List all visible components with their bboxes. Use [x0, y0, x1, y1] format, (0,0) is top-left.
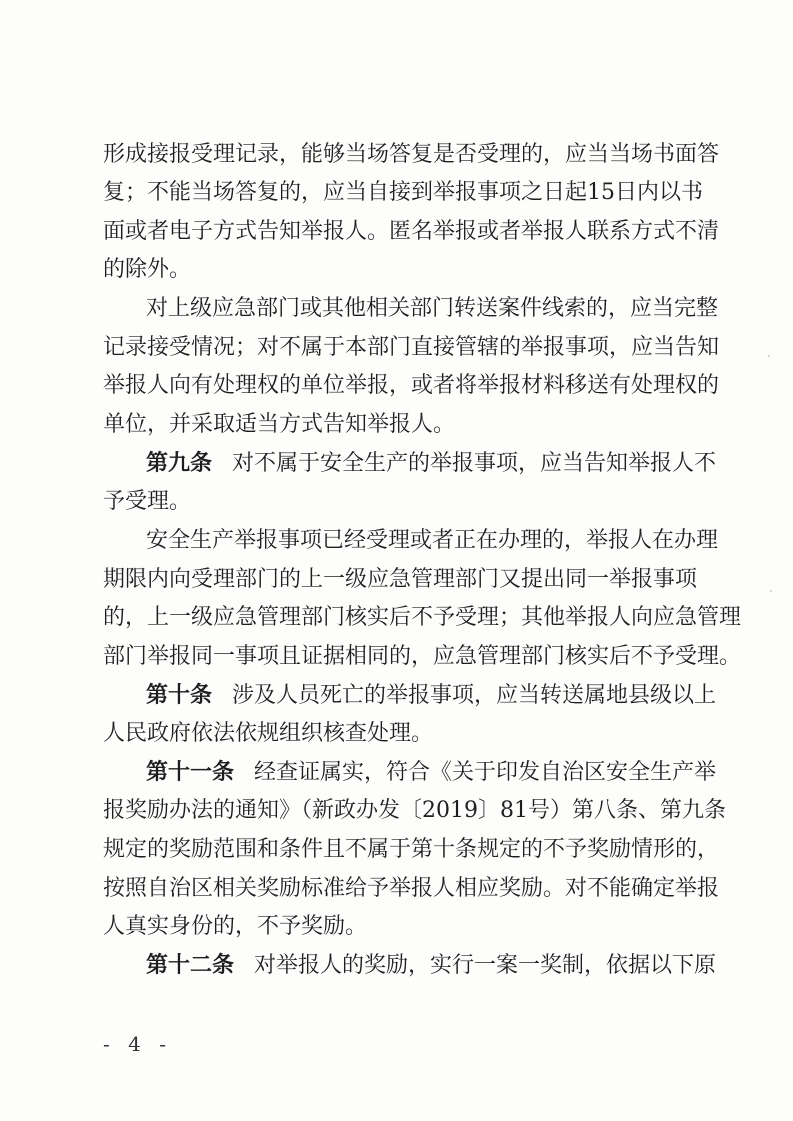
article-11-line: 第十一条经查证属实，符合《关于印发自治区安全生产举 — [146, 758, 695, 788]
article-text: 对举报人的奖励，实行一案一奖制，依据以下原 — [254, 953, 716, 978]
article-12-line: 第十二条对举报人的奖励，实行一案一奖制，依据以下原 — [146, 951, 695, 981]
paragraph-line: 的，上一级应急管理部门核实后不予受理；其他举报人向应急管理 — [103, 603, 695, 633]
paragraph-line: 人民政府依法依规组织核查处理。 — [103, 719, 695, 749]
paragraph-line: 举报人向有处理权的单位举报，或者将举报材料移送有处理权的 — [103, 371, 695, 401]
article-label: 第九条 — [146, 451, 212, 476]
paragraph-line: 予受理。 — [103, 487, 695, 517]
paragraph-line: 人真实身份的，不予奖励。 — [103, 912, 695, 942]
paragraph-line: 的除外。 — [103, 255, 695, 285]
article-text: 对不属于安全生产的举报事项，应当告知举报人不 — [232, 451, 716, 476]
paragraph-line: 安全生产举报事项已经受理或者正在办理的，举报人在办理 — [146, 526, 695, 556]
article-label: 第十条 — [146, 683, 212, 708]
paragraph-line: 按照自治区相关奖励标准给予举报人相应奖励。对不能确定举报 — [103, 874, 695, 904]
paragraph-line: 报奖励办法的通知》（新政办发〔2019〕81号）第八条、第九条 — [103, 796, 695, 826]
paragraph-line: 对上级应急部门或其他相关部门转送案件线索的，应当完整 — [146, 294, 695, 324]
article-10-line: 第十条涉及人员死亡的举报事项，应当转送属地县级以上 — [146, 681, 695, 711]
scan-speck — [768, 355, 770, 357]
paragraph-line: 规定的奖励范围和条件且不属于第十条规定的不予奖励情形的， — [103, 835, 695, 865]
paragraph-line: 复；不能当场答复的，应当自接到举报事项之日起15日内以书 — [103, 178, 695, 208]
paragraph-line: 单位，并采取适当方式告知举报人。 — [103, 410, 695, 440]
scan-speck — [770, 590, 772, 592]
article-label: 第十二条 — [146, 953, 234, 978]
paragraph-line: 面或者电子方式告知举报人。匿名举报或者举报人联系方式不清 — [103, 217, 695, 247]
paragraph-line: 记录接受情况；对不属于本部门直接管辖的举报事项，应当告知 — [103, 333, 695, 363]
paragraph-line: 部门举报同一事项且证据相同的，应急管理部门核实后不予受理。 — [103, 642, 695, 672]
article-9-line: 第九条对不属于安全生产的举报事项，应当告知举报人不 — [146, 449, 695, 479]
article-text: 经查证属实，符合《关于印发自治区安全生产举 — [254, 760, 716, 785]
article-text: 涉及人员死亡的举报事项，应当转送属地县级以上 — [232, 683, 716, 708]
paragraph-line: 形成接报受理记录，能够当场答复是否受理的，应当当场书面答 — [103, 140, 695, 170]
article-label: 第十一条 — [146, 760, 234, 785]
document-page: 形成接报受理记录，能够当场答复是否受理的，应当当场书面答 复；不能当场答复的，应… — [0, 0, 793, 1121]
paragraph-line: 期限内向受理部门的上一级应急管理部门又提出同一举报事项 — [103, 565, 695, 595]
page-number: - 4 - — [103, 1032, 172, 1056]
